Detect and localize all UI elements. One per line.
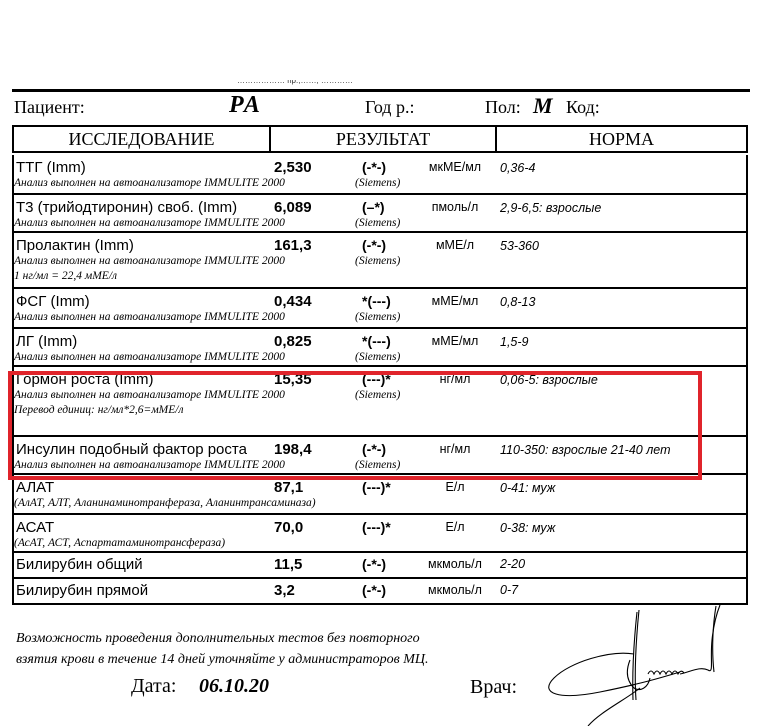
table-row: АСАТ(АсАТ, АСТ, Аспартатаминотрансфераза… — [14, 515, 746, 553]
reference-range: 2-20 — [500, 557, 525, 571]
result-value: 161,3 — [274, 237, 312, 254]
table-row: Билирубин общий11,5(-*-)мкмоль/л2-20 — [14, 553, 746, 579]
footnote-line-1: Возможность проведения дополнительных те… — [16, 628, 429, 649]
reference-range: 0,36-4 — [500, 161, 535, 175]
test-name: Гормон роста (Imm) — [16, 371, 153, 388]
result-value: 3,2 — [274, 582, 295, 599]
test-note: Анализ выполнен на автоанализаторе IMMUL… — [14, 311, 285, 323]
reference-range: 2,9-6,5: взрослые — [500, 201, 601, 215]
result-flag: (-*-) — [362, 582, 386, 598]
test-name: ТТГ (Imm) — [16, 159, 86, 176]
signature-icon — [530, 600, 773, 726]
result-unit: мМЕ/мл — [426, 294, 484, 308]
test-name: Инсулин подобный фактор роста — [16, 441, 247, 458]
result-flag: (-*-) — [362, 441, 386, 457]
result-value: 87,1 — [274, 479, 303, 496]
result-flag: *(---) — [362, 333, 391, 349]
result-value: 0,825 — [274, 333, 312, 350]
test-note-extra: Перевод единиц: нг/мл*2,6=мМЕ/л — [14, 404, 183, 416]
test-note: Анализ выполнен на автоанализаторе IMMUL… — [14, 459, 285, 471]
test-name: Билирубин общий — [16, 556, 143, 573]
reference-range: 0-7 — [500, 583, 518, 597]
sex-value: M — [533, 93, 553, 119]
result-unit: нг/мл — [426, 372, 484, 386]
result-unit: Е/л — [426, 520, 484, 534]
reference-range: 0,06-5: взрослые — [500, 373, 598, 387]
result-flag: (---)* — [362, 371, 391, 387]
table-row: ФСГ (Imm)Анализ выполнен на автоанализат… — [14, 289, 746, 329]
result-flag: (---)* — [362, 519, 391, 535]
result-value: 70,0 — [274, 519, 303, 536]
test-name: ЛГ (Imm) — [16, 333, 77, 350]
results-table: ТТГ (Imm)Анализ выполнен на автоанализат… — [12, 155, 748, 605]
doctor-label: Врач: — [470, 676, 517, 699]
test-name: Т3 (трийодтиронин) своб. (Imm) — [16, 199, 237, 216]
result-unit: мкмоль/л — [426, 557, 484, 571]
patient-value: PA — [229, 92, 262, 119]
analyzer-vendor: (Siemens) — [355, 351, 400, 363]
header-result: РЕЗУЛЬТАТ — [271, 127, 497, 151]
patient-info-row: Пациент: PA Год р.: Пол: M Код: — [0, 95, 773, 121]
result-flag: (-*-) — [362, 159, 386, 175]
header-norm: НОРМА — [497, 127, 746, 151]
reference-range: 1,5-9 — [500, 335, 529, 349]
result-value: 0,434 — [274, 293, 312, 310]
result-unit: Е/л — [426, 480, 484, 494]
result-value: 198,4 — [274, 441, 312, 458]
date-label: Дата: — [131, 675, 176, 698]
footnote-line-2: взятия крови в течение 14 дней уточняйте… — [16, 649, 429, 670]
reference-range: 0,8-13 — [500, 295, 535, 309]
reference-range: 110-350: взрослые 21-40 лет — [500, 443, 671, 457]
sex-label: Пол: — [485, 97, 521, 118]
test-note: Анализ выполнен на автоанализаторе IMMUL… — [14, 389, 285, 401]
table-row: Т3 (трийодтиронин) своб. (Imm)Анализ вып… — [14, 195, 746, 233]
result-flag: (-*-) — [362, 556, 386, 572]
top-rule — [12, 89, 750, 92]
reference-range: 0-38: муж — [500, 521, 555, 535]
result-flag: *(---) — [362, 293, 391, 309]
birth-year-label: Год р.: — [365, 97, 414, 118]
test-note: Анализ выполнен на автоанализаторе IMMUL… — [14, 177, 285, 189]
result-unit: мкмоль/л — [426, 583, 484, 597]
result-unit: пмоль/л — [426, 200, 484, 214]
test-name: АЛАТ — [16, 479, 54, 496]
test-note: Анализ выполнен на автоанализаторе IMMUL… — [14, 351, 285, 363]
test-note-extra: 1 нг/мл = 22,4 мМЕ/л — [14, 270, 117, 282]
code-label: Код: — [566, 97, 600, 118]
analyzer-vendor: (Siemens) — [355, 217, 400, 229]
test-name: Пролактин (Imm) — [16, 237, 134, 254]
analyzer-vendor: (Siemens) — [355, 459, 400, 471]
result-unit: мМЕ/мл — [426, 334, 484, 348]
test-name: ФСГ (Imm) — [16, 293, 90, 310]
result-value: 2,530 — [274, 159, 312, 176]
analyzer-vendor: (Siemens) — [355, 255, 400, 267]
test-note: (АсАТ, АСТ, Аспартатаминотрансфераза) — [14, 537, 225, 549]
result-flag: (–*) — [362, 199, 385, 215]
reference-range: 0-41: муж — [500, 481, 555, 495]
analyzer-vendor: (Siemens) — [355, 177, 400, 189]
table-row: Пролактин (Imm)Анализ выполнен на автоан… — [14, 233, 746, 289]
result-flag: (---)* — [362, 479, 391, 495]
table-row: Инсулин подобный фактор ростаАнализ выпо… — [14, 437, 746, 475]
analyzer-vendor: (Siemens) — [355, 389, 400, 401]
test-name: АСАТ — [16, 519, 54, 536]
result-unit: мкМЕ/мл — [426, 160, 484, 174]
result-value: 6,089 — [274, 199, 312, 216]
table-header: ИССЛЕДОВАНИЕ РЕЗУЛЬТАТ НОРМА — [12, 125, 748, 153]
table-row: АЛАТ(АлАТ, АЛТ, Аланинаминотранфераза, А… — [14, 475, 746, 515]
table-row: ТТГ (Imm)Анализ выполнен на автоанализат… — [14, 155, 746, 195]
footnote: Возможность проведения дополнительных те… — [16, 628, 429, 670]
date-value: 06.10.20 — [199, 675, 269, 698]
result-unit: нг/мл — [426, 442, 484, 456]
cut-header-text: ……………… пр.,……, ………… — [237, 80, 387, 86]
test-note: Анализ выполнен на автоанализаторе IMMUL… — [14, 217, 285, 229]
result-value: 15,35 — [274, 371, 312, 388]
test-note: Анализ выполнен на автоанализаторе IMMUL… — [14, 255, 285, 267]
table-row: Гормон роста (Imm)Анализ выполнен на авт… — [14, 367, 746, 437]
test-name: Билирубин прямой — [16, 582, 148, 599]
result-unit: мМЕ/л — [426, 238, 484, 252]
test-note: (АлАТ, АЛТ, Аланинаминотранфераза, Алани… — [14, 497, 316, 509]
reference-range: 53-360 — [500, 239, 539, 253]
result-value: 11,5 — [274, 556, 302, 573]
patient-label: Пациент: — [14, 97, 85, 118]
result-flag: (-*-) — [362, 237, 386, 253]
header-study: ИССЛЕДОВАНИЕ — [14, 127, 271, 151]
analyzer-vendor: (Siemens) — [355, 311, 400, 323]
table-row: ЛГ (Imm)Анализ выполнен на автоанализато… — [14, 329, 746, 367]
